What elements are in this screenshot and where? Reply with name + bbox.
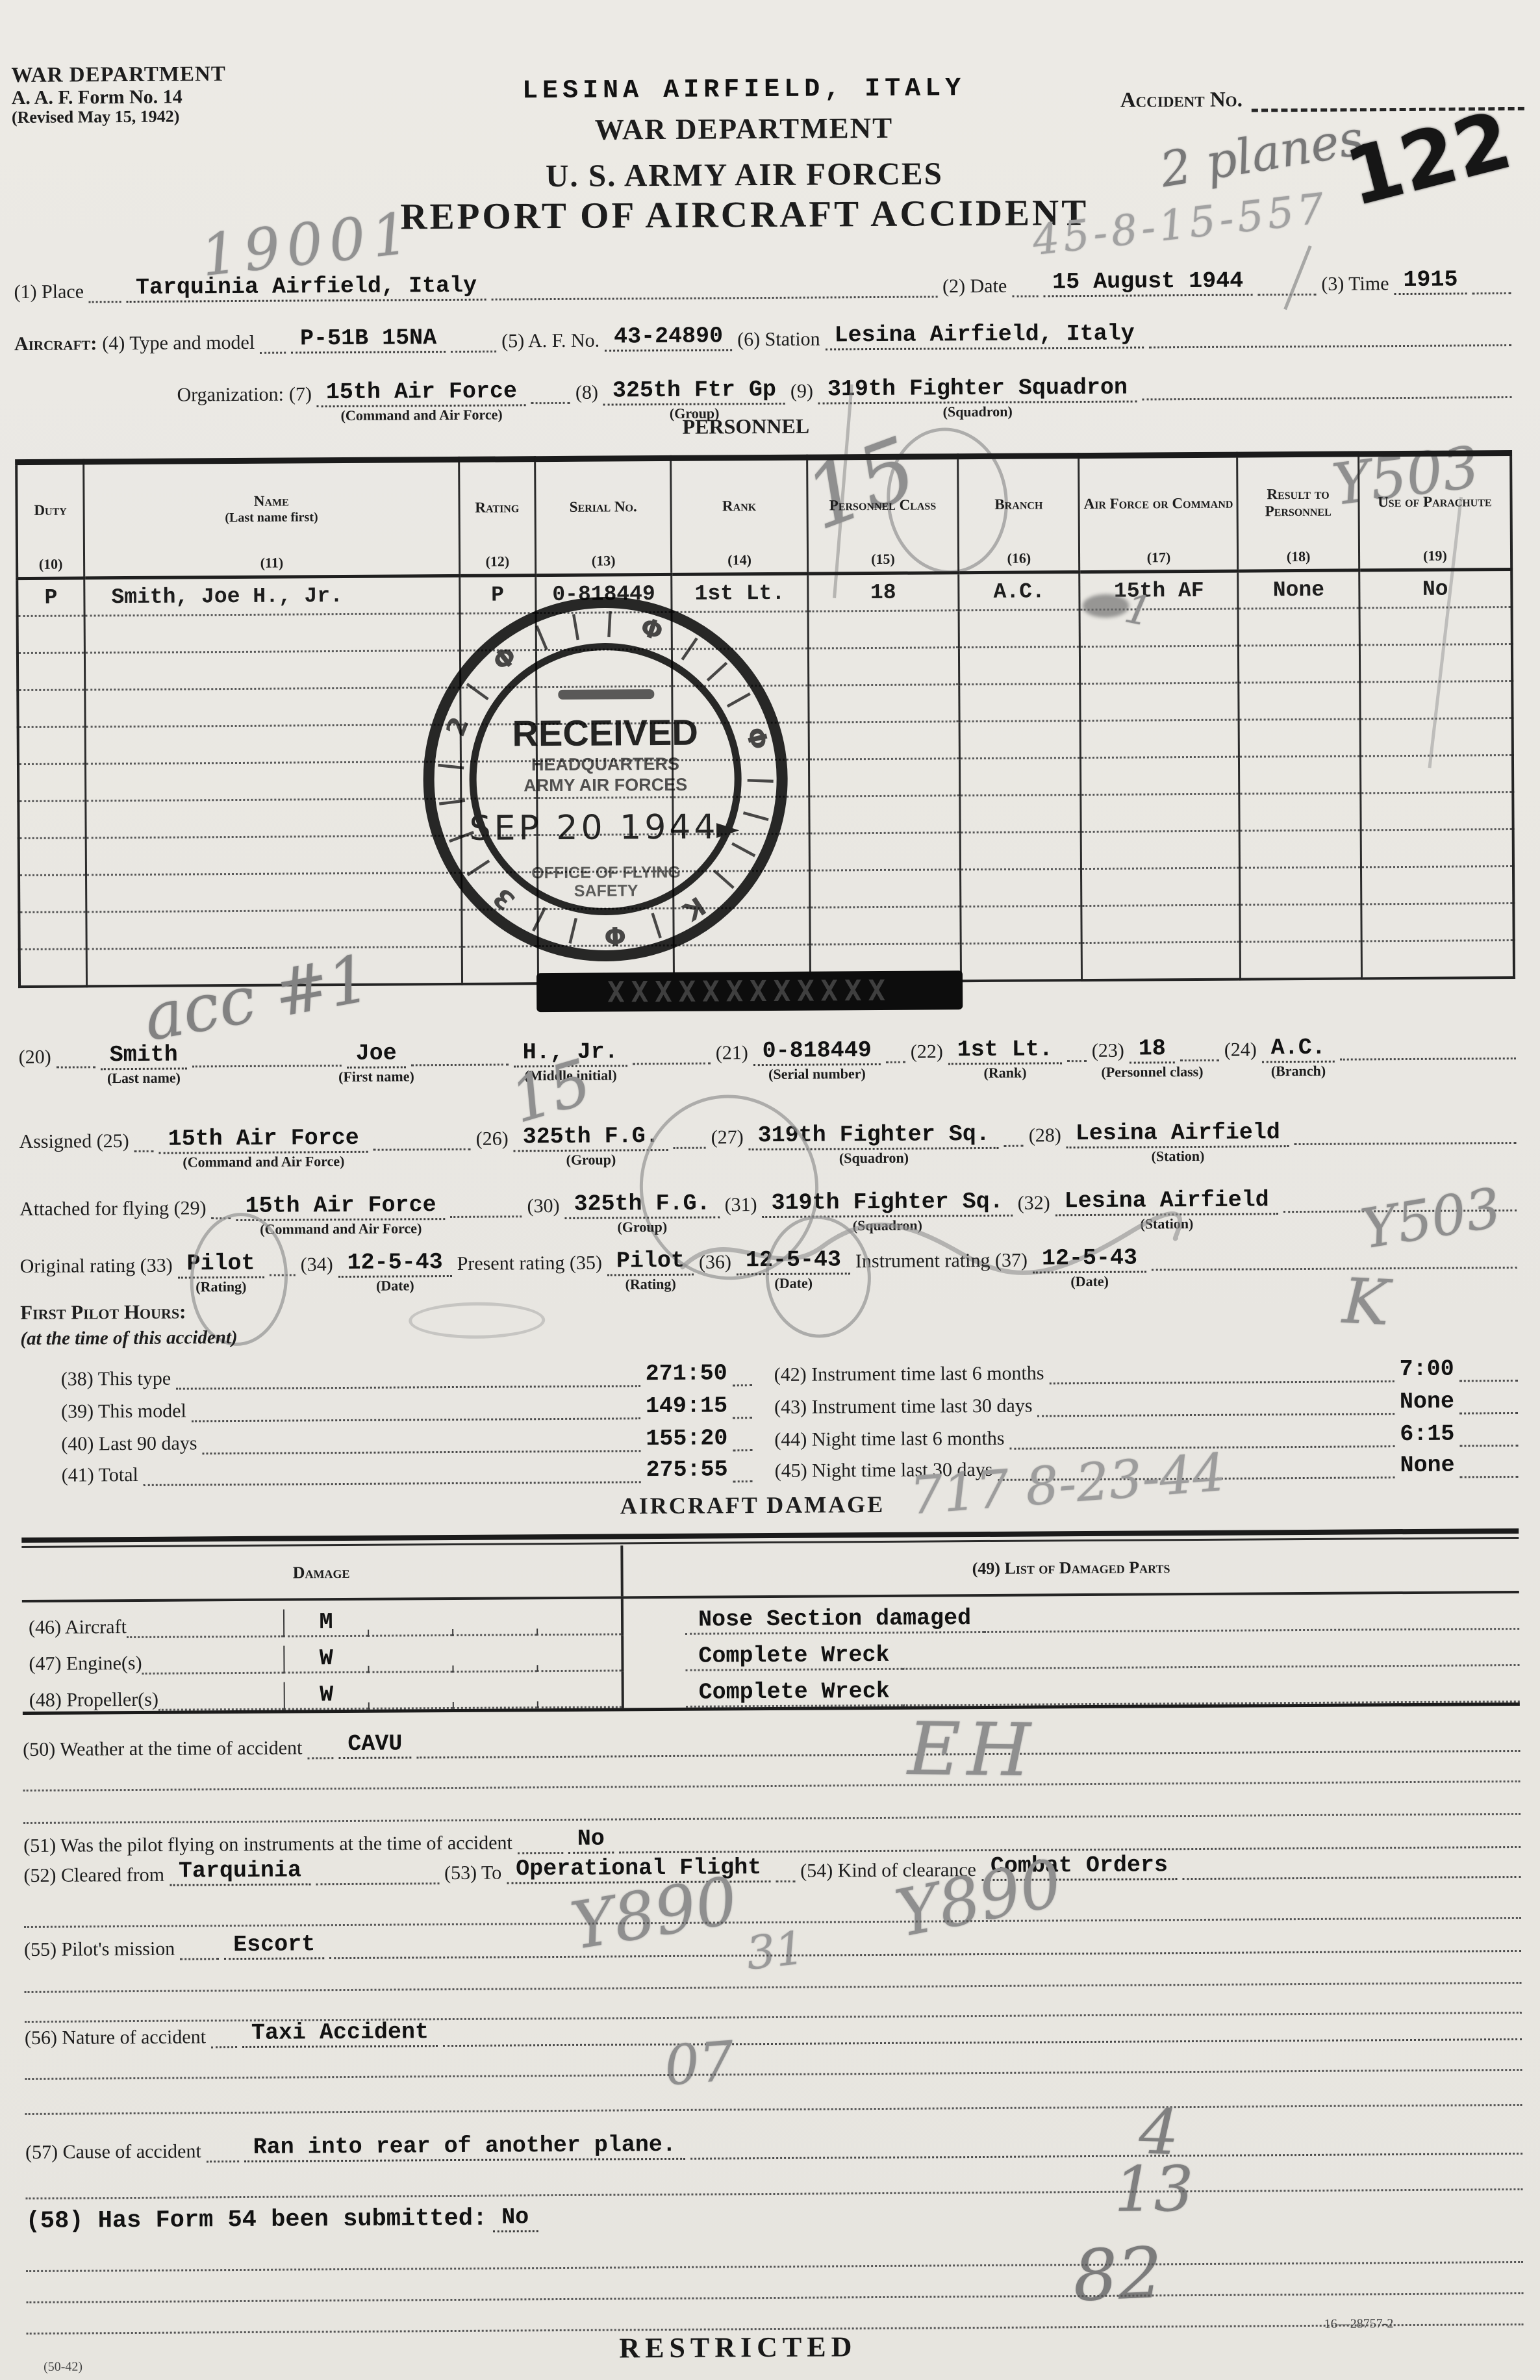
cell-class: 18 — [807, 573, 959, 611]
cause-of-accident-value: Ran into rear of another plane. — [244, 2132, 685, 2162]
form54-value: No — [492, 2204, 538, 2232]
to-label: (53) To — [444, 1862, 501, 1885]
field-line-aircraft: Aircraft: (4) Type and model P-51B 15NA … — [14, 312, 1511, 355]
cell-parachute: No — [1359, 570, 1511, 608]
first-name-value: Joe — [347, 1040, 406, 1069]
assigned-station-value: Lesina Airfield — [1067, 1119, 1289, 1148]
time-value: 1915 — [1394, 266, 1467, 295]
time-label: (3) Time — [1321, 273, 1389, 296]
damage-col-header: Damage — [21, 1545, 623, 1600]
attached-label: Attached for flying (29) — [19, 1197, 207, 1221]
stamp-army-air-forces: ARMY AIR FORCES — [524, 775, 687, 796]
blank-line — [23, 1780, 1521, 1791]
nature-of-accident-value: Taxi Accident — [242, 2019, 438, 2048]
damage-table: Damage (49) List of Damaged Parts (46) A… — [21, 1528, 1520, 1715]
col-name: Name(Last name first) — [84, 462, 458, 556]
damage-section-title: AIRCRAFT DAMAGE — [2, 1487, 1503, 1523]
stamp-office: OFFICE OF FLYING — [531, 863, 681, 882]
date-label: (2) Date — [942, 275, 1007, 298]
handwriting-eh: EH — [907, 1713, 1038, 1787]
af-no-label: (5) A. F. No. — [501, 330, 600, 353]
blank-line — [26, 2261, 1523, 2272]
weather-label: (50) Weather at the time of accident — [23, 1737, 302, 1761]
assigned-command-value: 15th Air Force — [159, 1125, 368, 1154]
hours-title: First Pilot Hours: — [20, 1300, 186, 1324]
place-label: (1) Place — [14, 281, 84, 303]
field-line-nature: (56) Nature of accident Taxi Accident — [25, 2007, 1522, 2049]
rank-value: 1st Lt. — [948, 1036, 1062, 1065]
damaged-parts-col-header: (49) List of Damaged Parts — [623, 1540, 1519, 1596]
date-value: 15 August 1944 — [1043, 268, 1252, 297]
stamp-safety: SAFETY — [574, 881, 638, 900]
col-result-to-personnel: Result to Personnel — [1239, 457, 1358, 548]
weather-value: CAVU — [338, 1730, 411, 1759]
col-personnel-class: Personnel Class — [808, 459, 957, 551]
place-value: Tarquinia Airfield, Italy — [127, 273, 486, 303]
cell-branch: A.C. — [959, 572, 1080, 611]
col-branch: Branch — [959, 459, 1078, 550]
cell-duty: P — [17, 578, 84, 616]
nature-of-accident-label: (56) Nature of accident — [25, 2026, 206, 2049]
accident-no-label: Accident No. — [1120, 88, 1243, 113]
last-name-value: Smith — [101, 1041, 187, 1070]
personnel-section-title: PERSONNEL — [0, 410, 1496, 443]
handwriting-k: K — [1341, 1270, 1391, 1334]
organization-prefix: Organization: — [177, 384, 284, 407]
label-20: (20) — [19, 1046, 51, 1069]
cell-result: None — [1238, 570, 1359, 609]
blank-line — [25, 2104, 1522, 2115]
col-duty: Duty — [18, 464, 83, 556]
cleared-from-value: Tarquinia — [170, 1857, 310, 1886]
field-line-form54: (58) Has Form 54 been submitted: No — [25, 2192, 1522, 2235]
field-line-weather: (50) Weather at the time of accident CAV… — [23, 1718, 1520, 1761]
type-model-label: (4) Type and model — [102, 332, 255, 355]
col-rank: Rank — [672, 461, 806, 552]
group-value: 325th Ftr Gp — [603, 377, 785, 406]
personnel-class-value: 18 — [1130, 1035, 1175, 1063]
type-model-value: P-51B 15NA — [291, 325, 446, 353]
label-26: (26) — [476, 1128, 509, 1150]
label-22: (22) — [911, 1041, 943, 1063]
damage-table-header: Damage (49) List of Damaged Parts — [21, 1540, 1519, 1600]
blank-line — [25, 2069, 1522, 2080]
aircraft-prefix: Aircraft: — [14, 333, 97, 355]
label-21: (21) — [716, 1042, 748, 1064]
branch-value: A.C. — [1262, 1035, 1335, 1063]
handwriting-82: 82 — [1072, 2238, 1164, 2312]
station-label: (6) Station — [737, 329, 820, 351]
command-airforce-value: 15th Air Force — [317, 378, 526, 407]
pilots-mission-value: Escort — [224, 1931, 324, 1960]
pencil-arc-date — [409, 1302, 545, 1339]
stamp-received: RECEIVED — [512, 712, 698, 754]
label-28: (28) — [1029, 1124, 1061, 1146]
cause-of-accident-label: (57) Cause of accident — [25, 2140, 201, 2164]
field-line-cause: (57) Cause of accident Ran into rear of … — [25, 2121, 1522, 2164]
attached-command-value: 15th Air Force — [236, 1192, 445, 1221]
serial-number-value: 0-818449 — [753, 1037, 881, 1066]
stamp-date: SEP 20 1944 — [470, 807, 719, 848]
assigned-label: Assigned (25) — [19, 1130, 129, 1153]
organization-7-label: (7) — [289, 383, 312, 405]
present-rating-label: Present rating (35) — [457, 1252, 602, 1275]
instrument-rating-date: 12-5-43 — [1033, 1245, 1146, 1273]
received-date-stamp: | Φ | | | Φ | | | | K | Φ | | 3 | | | | … — [416, 590, 795, 969]
squadron-9-label: (9) — [790, 381, 813, 403]
blank-line — [26, 2292, 1523, 2303]
label-30: (30) — [527, 1195, 560, 1217]
group-8-label: (8) — [575, 382, 598, 404]
label-23: (23) — [1092, 1040, 1124, 1062]
cell-name: Smith, Joe H., Jr. — [84, 576, 460, 616]
label-34: (34) — [301, 1254, 333, 1276]
handwriting-07: 07 — [663, 2034, 736, 2094]
squadron-value: 319th Fighter Squadron — [818, 375, 1137, 405]
col-use-of-parachute: Use of Parachute — [1359, 456, 1510, 548]
original-rating-label: Original rating (33) — [20, 1255, 173, 1278]
stamp-arrow-icon: ► — [716, 810, 740, 845]
form-code: (50-42) — [44, 2359, 82, 2374]
col-serial: Serial No. — [536, 461, 670, 553]
col-air-force-or-command: Air Force or Command — [1080, 458, 1237, 550]
af-no-value: 43-24890 — [605, 323, 732, 351]
scanned-accident-report-page: WAR DEPARTMENT A. A. F. Form No. 14 (Rev… — [0, 0, 1540, 2380]
cleared-from-label: (52) Cleared from — [23, 1864, 164, 1887]
crossed-out-heading: XXXXXXXXXXXX — [536, 970, 963, 1012]
label-24: (24) — [1224, 1039, 1257, 1061]
form54-label: (58) Has Form 54 been submitted: — [26, 2205, 488, 2235]
instrument-rating-label: Instrument rating (37) — [855, 1250, 1028, 1273]
present-rating-value: Pilot — [607, 1248, 694, 1276]
print-code: 16—28757-2 — [1324, 2316, 1394, 2332]
blank-line — [25, 1982, 1522, 1993]
pilots-mission-label: (55) Pilot's mission — [24, 1938, 175, 1961]
label-36: (36) — [699, 1251, 731, 1273]
original-rating-date: 12-5-43 — [338, 1249, 452, 1278]
field-line-organization: Organization: (7) 15th Air Force(Command… — [177, 364, 1511, 407]
stamp-headquarters: HEADQUARTERS — [531, 754, 679, 774]
personnel-header-row: Duty(10) Name(Last name first)(11) Ratin… — [16, 453, 1511, 579]
station-value: Lesina Airfield, Italy — [825, 320, 1143, 350]
hours-subtitle: (at the time of this accident) — [20, 1327, 237, 1350]
col-rating: Rating — [460, 462, 535, 553]
